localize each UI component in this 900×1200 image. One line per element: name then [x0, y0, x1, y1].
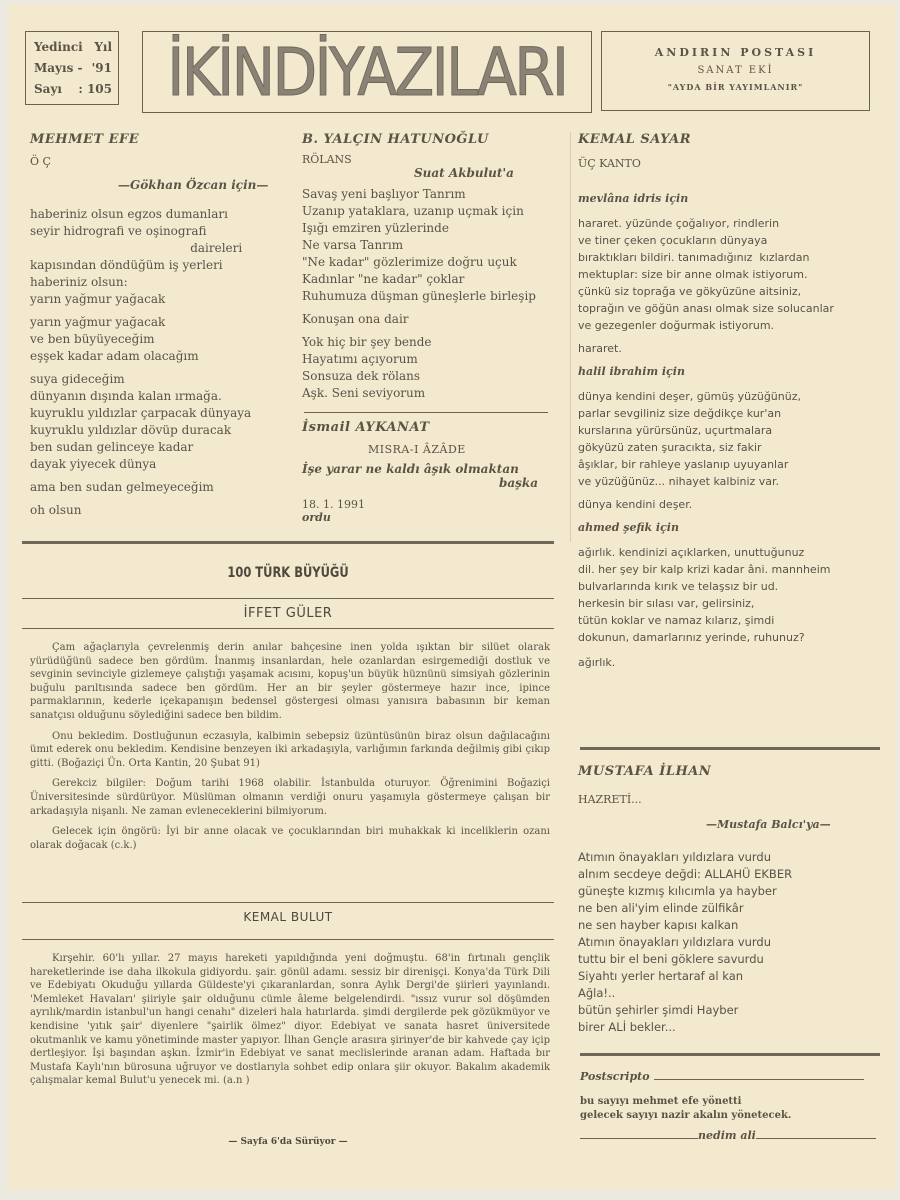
divider — [22, 939, 554, 940]
article-paragraph: Kırşehir. 60'lı yıllar. 27 mayıs hareket… — [30, 952, 550, 1088]
year-label: Yedinci — [34, 40, 83, 54]
canto-text: ağırlık. kendinizi açıklarken, unuttuğun… — [578, 544, 878, 646]
poem-date: 18. 1. 1991 — [302, 498, 552, 511]
poem-author: İsmail AYKANAT — [302, 420, 552, 435]
postscript-line1: bu sayıyı mehmet efe yönetti — [580, 1095, 880, 1109]
postscript-line — [654, 1079, 864, 1080]
poem-line: İşe yarar ne kaldı âşık olmaktan — [302, 462, 552, 476]
divider — [22, 628, 554, 629]
continued-note: — Sayfa 6'da Sürüyor — — [22, 1137, 554, 1147]
postscript-label: Postscripto — [580, 1070, 650, 1083]
number-label: Sayı — [34, 82, 62, 96]
poem-place: ordu — [302, 511, 552, 524]
poem-uc-kanto: KEMAL SAYAR ÜÇ KANTO mevlâna idris için … — [578, 132, 878, 671]
divider — [22, 598, 554, 599]
canto-refrain: ağırlık. — [578, 654, 878, 671]
article-paragraph: Gelecek için öngörü: İyi bir anne olacak… — [30, 825, 550, 852]
postscript-line2: gelecek sayıyı nazir akalın yönetecek. — [580, 1109, 880, 1123]
divider — [22, 902, 554, 903]
profile-name: İFFET GÜLER — [22, 606, 554, 621]
feature-heading: 100 TÜRK BÜYÜĞÜ — [70, 565, 506, 581]
article-paragraph: Çam ağaçlarıyla çevrelenmiş derin anılar… — [30, 641, 550, 723]
year-value: Yıl — [94, 40, 112, 54]
masthead-title-box: İKİNDİYAZILARI — [142, 31, 592, 113]
poem-title: HAZRETİ... — [578, 793, 878, 806]
poem-dedication: —Gökhan Özcan için— — [30, 178, 300, 192]
poem-title: RÖLANS — [302, 153, 572, 166]
poem-author: KEMAL SAYAR — [578, 132, 878, 147]
stanza: Savaş yeni başlıyor Tanrım Uzanıp yatakl… — [302, 186, 572, 305]
poem-title: Ö Ç — [30, 155, 300, 168]
canto-refrain: dünya kendini deşer. — [578, 496, 878, 513]
poem-title: MISRA-I ÂZÂDE — [302, 443, 552, 456]
stanza: Yok hiç bir şey bende Hayatımı açıyorum … — [302, 334, 572, 402]
month-value: '91 — [92, 61, 112, 75]
issue-info-box: Yedinci Yıl Mayıs - '91 Sayı : 105 — [25, 31, 119, 105]
postscript: Postscripto bu sayıyı mehmet efe yönetti… — [580, 1070, 880, 1142]
stanza: yarın yağmur yağacak ve ben büyüyeceğim … — [30, 314, 300, 365]
profile-article: Çam ağaçlarıyla çevrelenmiş derin anılar… — [30, 641, 550, 859]
month-label: Mayıs - — [34, 61, 83, 75]
stanza: suya gideceğim dünyanın dışında kalan ır… — [30, 371, 300, 473]
publisher-supplement: SANAT EKİ — [602, 65, 869, 76]
poem-misra: İsmail AYKANAT MISRA-I ÂZÂDE İşe yarar n… — [302, 420, 552, 524]
stanza: haberiniz olsun egzos dumanları seyir hi… — [30, 206, 300, 308]
postscript-signature: nedim ali — [698, 1129, 756, 1142]
poem-rolans: B. YALÇIN HATUNOĞLU RÖLANS Suat Akbulut'… — [302, 132, 572, 402]
canto-dedication: ahmed şefik için — [578, 521, 878, 534]
number-value: : 105 — [78, 82, 112, 96]
divider — [580, 747, 880, 750]
masthead-title: İKİNDİYAZILARI — [167, 34, 566, 111]
poem-author: B. YALÇIN HATUNOĞLU — [302, 132, 572, 147]
newspaper-page: Yedinci Yıl Mayıs - '91 Sayı : 105 İKİND… — [8, 4, 896, 1190]
divider — [304, 412, 548, 413]
stanza: oh olsun — [30, 502, 300, 519]
article-paragraph: Gerekciz bilgiler: Doğum tarihi 1968 ola… — [30, 777, 550, 818]
stanza: Konuşan ona dair — [302, 311, 572, 328]
profile-name: KEMAL BULUT — [22, 910, 554, 924]
divider — [580, 1053, 880, 1056]
article-paragraph: Onu bekledim. Dostluğunun eczasıyla, kal… — [30, 730, 550, 771]
canto-dedication: mevlâna idris için — [578, 192, 878, 205]
publisher-frequency: "AYDA BİR YAYIMLANIR" — [602, 82, 869, 92]
poem-oc: MEHMET EFE Ö Ç —Gökhan Özcan için— haber… — [30, 132, 300, 519]
poem-dedication: Suat Akbulut'a — [302, 166, 572, 180]
poem-author: MEHMET EFE — [30, 132, 300, 147]
divider — [22, 541, 554, 544]
signature-line — [756, 1138, 876, 1139]
canto-text: hararet. yüzünde çoğalıyor, rindlerin ve… — [578, 215, 878, 334]
publisher-name: ANDIRIN POSTASI — [602, 46, 869, 59]
canto-text: dünya kendini deşer, gümüş yüzüğünüz, pa… — [578, 388, 878, 490]
column-divider — [570, 132, 571, 542]
poem-line: başka — [302, 476, 552, 490]
poem-text: Atımın önayakları yıldızlara vurdu alnım… — [578, 849, 878, 1036]
poem-author: MUSTAFA İLHAN — [578, 764, 878, 779]
poem-hazreti: MUSTAFA İLHAN HAZRETİ... —Mustafa Balcı'… — [578, 764, 878, 1036]
poem-dedication: —Mustafa Balcı'ya— — [578, 818, 878, 831]
publisher-box: ANDIRIN POSTASI SANAT EKİ "AYDA BİR YAYI… — [601, 31, 870, 111]
signature-line — [580, 1138, 698, 1139]
canto-refrain: hararet. — [578, 340, 878, 357]
canto-dedication: halil ibrahim için — [578, 365, 878, 378]
profile-article: Kırşehir. 60'lı yıllar. 27 mayıs hareket… — [30, 952, 550, 1095]
stanza: ama ben sudan gelmeyeceğim — [30, 479, 300, 496]
poem-title: ÜÇ KANTO — [578, 157, 878, 170]
